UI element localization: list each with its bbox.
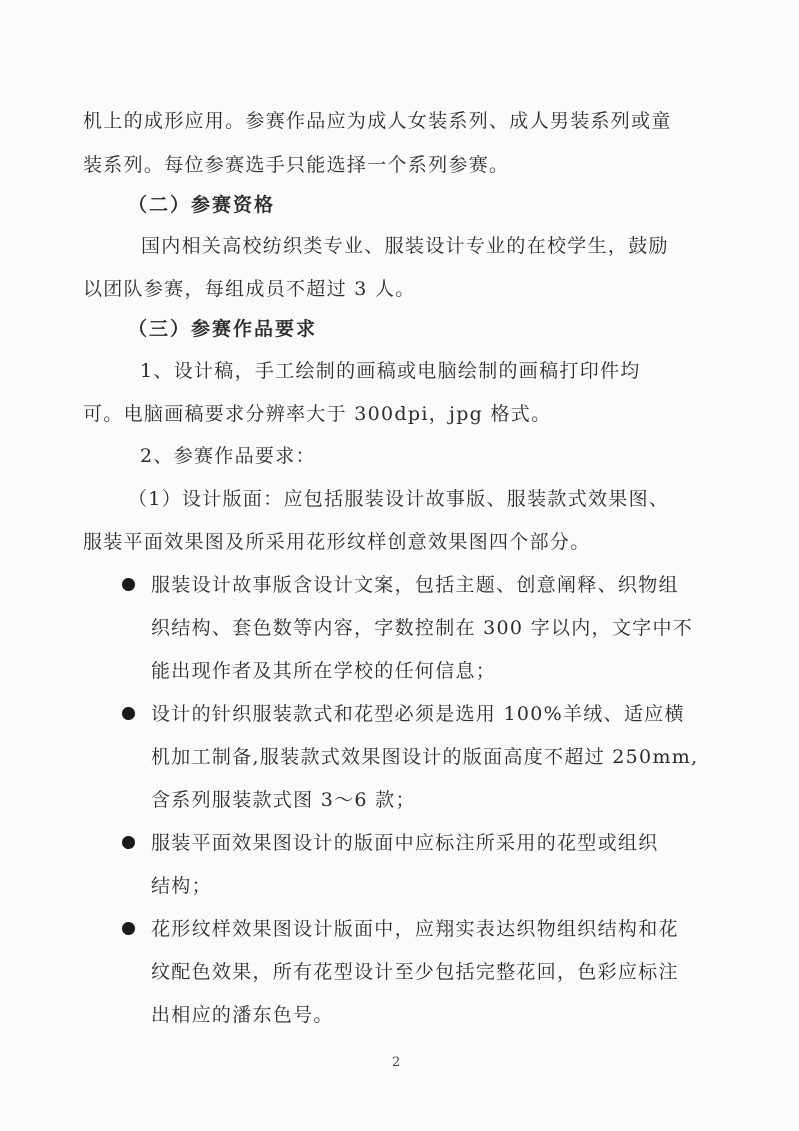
- page-number: 2: [392, 1055, 400, 1070]
- bullet-line: 结构；: [151, 874, 212, 898]
- bullet-line: 服装设计故事版含设计文案，包括主题、创意阐释、织物组: [151, 573, 679, 597]
- paragraph-line: 可。电脑画稿要求分辨率大于 300dpi，jpg 格式。: [83, 402, 551, 426]
- paragraph-line: 国内相关高校纺织类专业、服装设计专业的在校学生，鼓励: [141, 234, 669, 258]
- bullet-line: 设计的针织服装款式和花型必须是选用 100%羊绒、适应横: [151, 702, 685, 726]
- bullet-icon: [122, 578, 135, 591]
- bullet-line: 机加工制备,服装款式效果图设计的版面高度不超过 250mm,: [151, 745, 698, 769]
- bullet-icon: [122, 707, 135, 720]
- bullet-line: 能出现作者及其所在学校的任何信息；: [151, 659, 496, 683]
- bullet-line: 纹配色效果，所有花型设计至少包括完整花回，色彩应标注: [151, 960, 679, 984]
- section-heading-requirements: （三）参赛作品要求: [128, 317, 317, 341]
- bullet-icon: [122, 922, 135, 935]
- bullet-line: 织结构、套色数等内容，字数控制在 300 字以内，文字中不: [151, 616, 693, 640]
- bullet-line: 出相应的潘东色号。: [151, 1003, 334, 1027]
- paragraph-line: 1、设计稿，手工绘制的画稿或电脑绘制的画稿打印件均: [140, 359, 641, 383]
- bullet-icon: [122, 836, 135, 849]
- paragraph-line: 以团队参赛，每组成员不超过 3 人。: [83, 277, 416, 301]
- section-heading-eligibility: （二）参赛资格: [128, 193, 275, 217]
- document-page: 机上的成形应用。参赛作品应为成人女装系列、成人男装系列或童 装系列。每位参赛选手…: [0, 0, 799, 1131]
- bullet-line: 服装平面效果图设计的版面中应标注所采用的花型或组织: [151, 831, 659, 855]
- paragraph-line: 机上的成形应用。参赛作品应为成人女装系列、成人男装系列或童: [83, 109, 672, 133]
- bullet-line: 含系列服装款式图 3～6 款；: [151, 788, 416, 812]
- bullet-line: 花形纹样效果图设计版面中，应翔实表达织物组织结构和花: [151, 917, 679, 941]
- paragraph-line: 装系列。每位参赛选手只能选择一个系列参赛。: [83, 153, 509, 177]
- paragraph-line: 2、参赛作品要求：: [140, 444, 316, 468]
- paragraph-line: 服装平面效果图及所采用花形纹样创意效果图四个部分。: [83, 530, 591, 554]
- paragraph-line: （1）设计版面：应包括服装设计故事版、服装款式效果图、: [128, 487, 669, 511]
